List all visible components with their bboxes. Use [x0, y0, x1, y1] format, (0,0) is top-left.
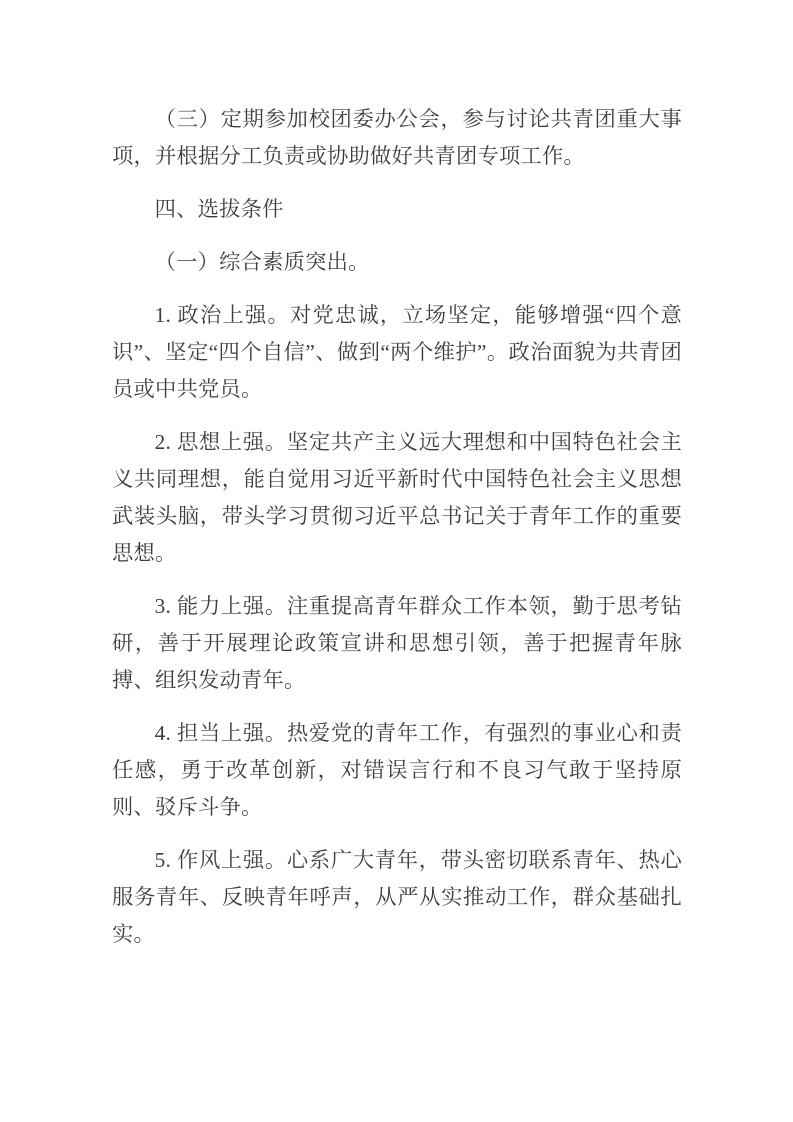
paragraph-list-item: 1. 政治上强。对党忠诚，立场坚定，能够增强“四个意识”、坚定“四个自信”、做到… — [112, 297, 682, 408]
paragraph-body: （三）定期参加校团委办公会，参与讨论共青团重大事项，并根据分工负责或协助做好共青… — [112, 101, 682, 175]
paragraph-list-item: 3. 能力上强。注重提高青年群众工作本领，勤于思考钻研，善于开展理论政策宣讲和思… — [112, 588, 682, 699]
paragraph-list-item: 5. 作风上强。心系广大青年，带头密切联系青年、热心服务青年、反映青年呼声，从严… — [112, 842, 682, 953]
document-body: （三）定期参加校团委办公会，参与讨论共青团重大事项，并根据分工负责或协助做好共青… — [112, 101, 682, 953]
paragraph-list-item: 4. 担当上强。热爱党的青年工作，有强烈的事业心和责任感，勇于改革创新，对错误言… — [112, 715, 682, 826]
document-page: （三）定期参加校团委办公会，参与讨论共青团重大事项，并根据分工负责或协助做好共青… — [0, 0, 793, 1122]
paragraph-heading: 四、选拔条件 — [112, 191, 682, 228]
paragraph-list-item: 2. 思想上强。坚定共产主义远大理想和中国特色社会主义共同理想，能自觉用习近平新… — [112, 424, 682, 572]
paragraph-subheading: （一）综合素质突出。 — [112, 244, 682, 281]
